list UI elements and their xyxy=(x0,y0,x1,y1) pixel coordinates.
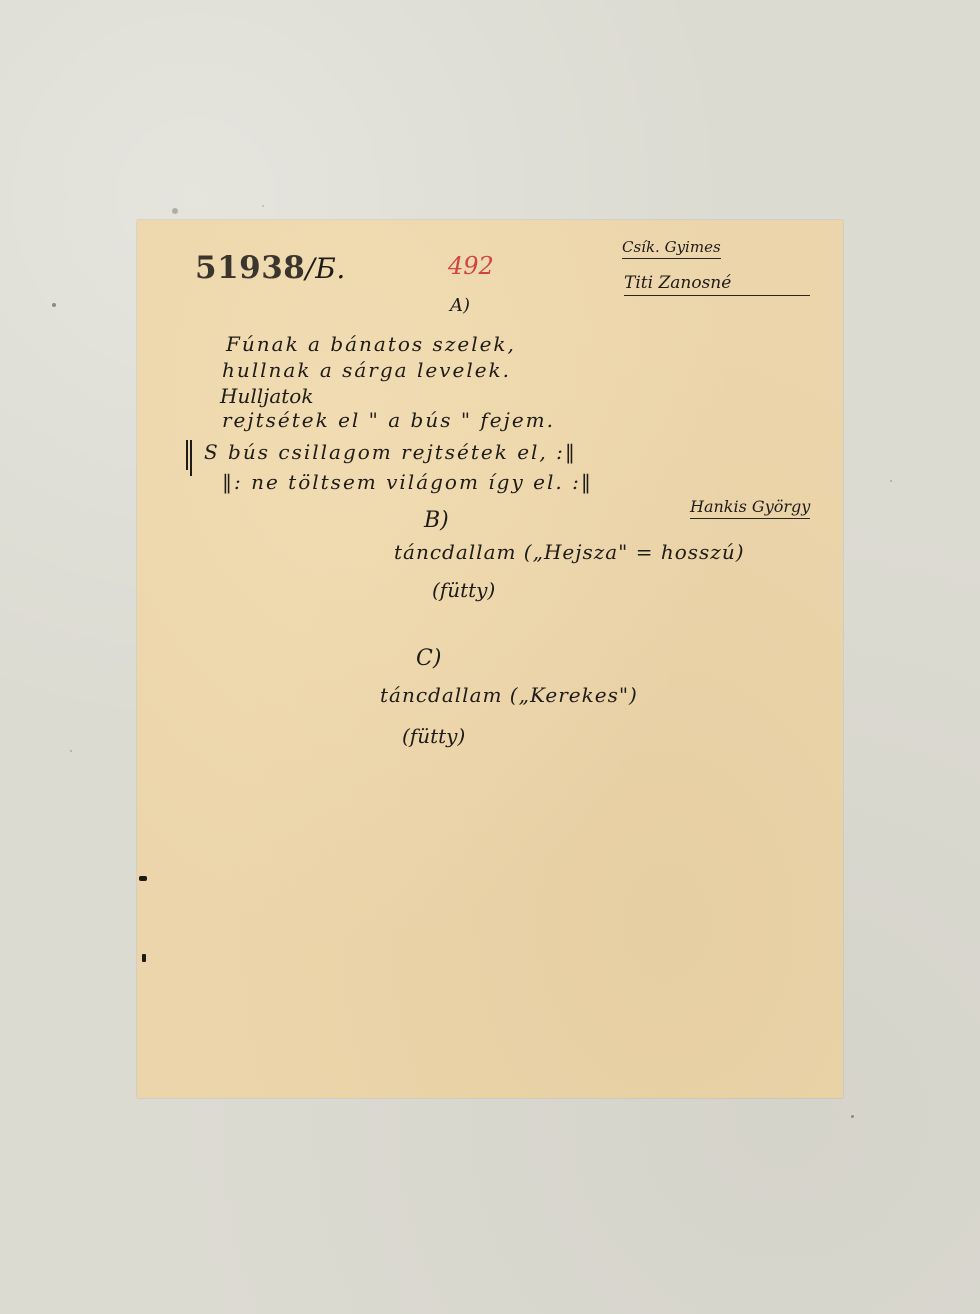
section-b-note: (fütty) xyxy=(432,578,495,602)
inventory-suffix: /Б. xyxy=(305,252,345,285)
lyric-line: hullnak a sárga levelek. xyxy=(222,358,511,382)
inventory-number: 51938 xyxy=(195,250,305,286)
section-b-title: táncdallam („Hejsza" = hosszú) xyxy=(394,540,745,564)
collector-informant: Titi Zanosné xyxy=(624,273,810,296)
inventory-number-stamp: 51938/Б. xyxy=(195,250,346,286)
section-b-label: B) xyxy=(424,508,449,533)
section-c-note: (fütty) xyxy=(402,724,465,748)
edge-mark xyxy=(142,954,146,962)
lyric-line: rejtsétek el " a bús " fejem. xyxy=(222,408,555,432)
section-c-title: táncdallam („Kerekes") xyxy=(380,683,638,707)
section-a-label: A) xyxy=(450,295,470,316)
mount-speck xyxy=(851,1115,854,1118)
performer-name: Hankis György xyxy=(690,497,810,519)
lyric-line-repeat: S bús csillagom rejtsétek el, :‖ xyxy=(204,440,577,464)
mount-speck xyxy=(890,480,892,482)
mount-speck xyxy=(262,205,264,207)
mount-speck xyxy=(172,208,178,214)
collector-location: Csík. Gyimes xyxy=(622,238,721,259)
section-c-label: C) xyxy=(416,646,441,671)
mount-speck xyxy=(70,750,72,752)
lyric-line-repeat: ‖: ne töltsem világom így el. :‖ xyxy=(222,470,593,494)
lyric-line: Hulljatok xyxy=(220,384,313,408)
repeat-sign-bar xyxy=(186,440,188,470)
edge-mark xyxy=(139,876,147,881)
mount-speck xyxy=(52,303,56,307)
red-catalog-number: 492 xyxy=(448,252,494,280)
lyric-line: Fúnak a bánatos szelek, xyxy=(226,332,516,356)
repeat-sign-bar xyxy=(190,440,192,476)
